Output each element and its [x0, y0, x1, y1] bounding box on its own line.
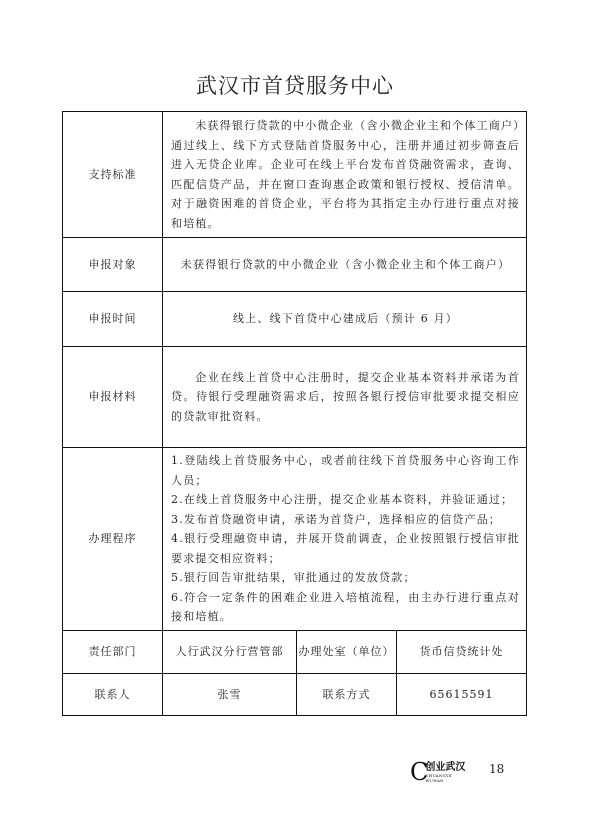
- application-materials-text: 企业在线上首贷中心注册时，提交企业基本资料并承诺为首贷。待银行受理融资需求后，按…: [163, 347, 526, 447]
- row-application-materials: 申报材料 企业在线上首贷中心注册时，提交企业基本资料并承诺为首贷。待银行受理融资…: [62, 346, 527, 447]
- label-contact-method: 联系方式: [297, 674, 397, 715]
- label-application-time: 申报时间: [63, 292, 163, 346]
- contact-person-value: 张雪: [163, 674, 297, 715]
- chuangye-wuhan-logo: C 创业武汉 CHUANGYE WUHAN: [410, 760, 466, 784]
- label-support-criteria: 支持标准: [63, 112, 163, 237]
- handling-office-value: 货币信贷统计处: [397, 631, 526, 673]
- row-application-time: 申报时间 线上、线下首贷中心建成后（预计 6 月）: [62, 291, 527, 346]
- application-target-text: 未获得银行贷款的中小微企业（含小微企业主和个体工商户）: [163, 238, 526, 291]
- procedure-step: 6.符合一定条件的困难企业进入培植流程，由主办行进行重点对接和培植。: [171, 588, 520, 627]
- row-procedure: 办理程序 1.登陆线上首贷服务中心，或者前往线下首贷服务中心咨询工作人员； 2.…: [62, 447, 527, 630]
- label-handling-office: 办理处室（单位）: [297, 631, 397, 673]
- label-responsible-department: 责任部门: [63, 631, 163, 673]
- procedure-step: 3.发布首贷融资申请，承诺为首贷户，选择相应的信贷产品；: [171, 510, 520, 530]
- support-criteria-paragraph: 未获得银行贷款的中小微企业（含小微企业主和个体工商户）通过线上、线下方式登陆首贷…: [171, 116, 520, 233]
- procedure-step: 5.银行回告审批结果，审批通过的发放贷款；: [171, 568, 520, 588]
- procedure-step: 2.在线上首贷服务中心注册，提交企业基本资料，并验证通过；: [171, 490, 520, 510]
- procedure-step-list: 1.登陆线上首贷服务中心，或者前往线下首贷服务中心咨询工作人员； 2.在线上首贷…: [171, 451, 520, 627]
- responsible-department-value: 人行武汉分行营管部: [163, 631, 297, 673]
- row-contact: 联系人 张雪 联系方式 65615591: [62, 673, 527, 716]
- label-application-materials: 申报材料: [63, 347, 163, 447]
- row-application-target: 申报对象 未获得银行贷款的中小微企业（含小微企业主和个体工商户）: [62, 237, 527, 291]
- application-materials-paragraph: 企业在线上首贷中心注册时，提交企业基本资料并承诺为首贷。待银行受理融资需求后，按…: [171, 368, 520, 427]
- row-support-criteria: 支持标准 未获得银行贷款的中小微企业（含小微企业主和个体工商户）通过线上、线下方…: [62, 111, 527, 237]
- row-responsible-department: 责任部门 人行武汉分行营管部 办理处室（单位） 货币信贷统计处: [62, 630, 527, 673]
- procedure-step: 1.登陆线上首贷服务中心，或者前往线下首贷服务中心咨询工作人员；: [171, 451, 520, 490]
- label-application-target: 申报对象: [63, 238, 163, 291]
- contact-phone-value: 65615591: [397, 674, 526, 715]
- page-number: 18: [489, 762, 504, 776]
- logo-chinese-text: 创业武汉: [425, 762, 466, 773]
- procedure-step: 4.银行受理融资申请，并展开贷前调查，企业按照银行授信审批要求提交相应资料；: [171, 529, 520, 568]
- info-table: 支持标准 未获得银行贷款的中小微企业（含小微企业主和个体工商户）通过线上、线下方…: [62, 111, 527, 716]
- page-title: 武汉市首贷服务中心: [0, 70, 590, 100]
- label-contact-person: 联系人: [63, 674, 163, 715]
- application-time-text: 线上、线下首贷中心建成后（预计 6 月）: [163, 292, 526, 346]
- label-procedure: 办理程序: [63, 448, 163, 630]
- logo-text: 创业武汉 CHUANGYE WUHAN: [425, 762, 466, 783]
- logo-english-text: CHUANGYE WUHAN: [425, 773, 466, 783]
- procedure-steps: 1.登陆线上首贷服务中心，或者前往线下首贷服务中心咨询工作人员； 2.在线上首贷…: [163, 448, 526, 630]
- support-criteria-text: 未获得银行贷款的中小微企业（含小微企业主和个体工商户）通过线上、线下方式登陆首贷…: [163, 112, 526, 237]
